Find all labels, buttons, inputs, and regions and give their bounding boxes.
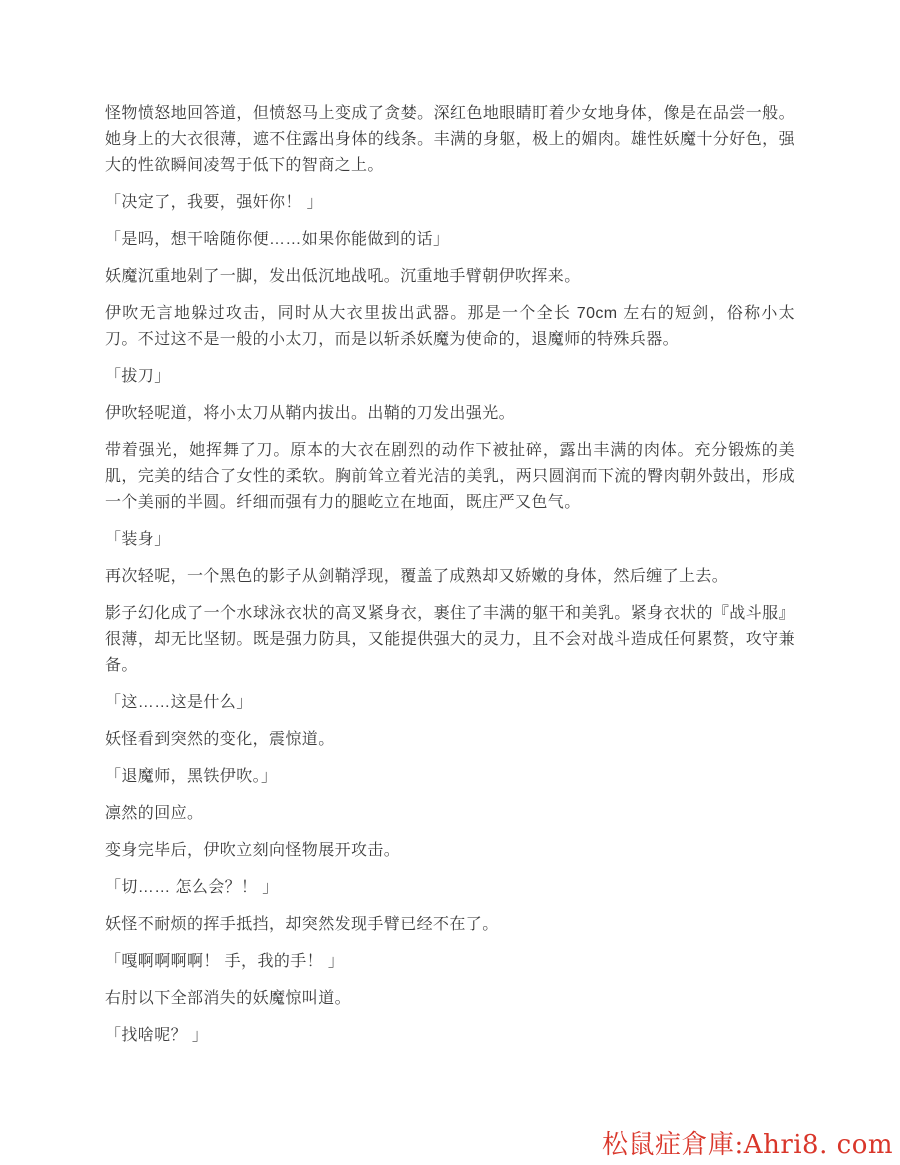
paragraph: 妖怪看到突然的变化，震惊道。	[105, 727, 795, 753]
paragraph: 「装身」	[105, 527, 795, 553]
paragraph: 怪物愤怒地回答道，但愤怒马上变成了贪婪。深红色地眼睛盯着少女地身体，像是在品尝一…	[105, 101, 795, 179]
paragraph: 伊吹无言地躲过攻击，同时从大衣里拔出武器。那是一个全长 70cm 左右的短剑，俗…	[105, 301, 795, 353]
site-watermark: 松鼠症倉庫:Ahri8. com	[602, 1130, 893, 1160]
paragraph: 影子幻化成了一个水球泳衣状的高叉紧身衣，裹住了丰满的躯干和美乳。紧身衣状的『战斗…	[105, 601, 795, 679]
novel-text-block: 怪物愤怒地回答道，但愤怒马上变成了贪婪。深红色地眼睛盯着少女地身体，像是在品尝一…	[105, 101, 795, 1060]
paragraph: 变身完毕后，伊吹立刻向怪物展开攻击。	[105, 838, 795, 864]
paragraph: 右肘以下全部消失的妖魔惊叫道。	[105, 986, 795, 1012]
paragraph: 妖魔沉重地剁了一脚，发出低沉地战吼。沉重地手臂朝伊吹挥来。	[105, 264, 795, 290]
paragraph: 带着强光，她挥舞了刀。原本的大衣在剧烈的动作下被扯碎，露出丰满的肉体。充分锻炼的…	[105, 438, 795, 516]
paragraph: 「切…… 怎么会？！ 」	[105, 875, 795, 901]
paragraph: 伊吹轻呢道，将小太刀从鞘内拔出。出鞘的刀发出强光。	[105, 401, 795, 427]
document-page: 怪物愤怒地回答道，但愤怒马上变成了贪婪。深红色地眼睛盯着少女地身体，像是在品尝一…	[0, 0, 900, 1165]
paragraph: 「拔刀」	[105, 364, 795, 390]
paragraph: 再次轻呢，一个黑色的影子从剑鞘浮现，覆盖了成熟却又娇嫩的身体，然后缠了上去。	[105, 564, 795, 590]
paragraph: 「找啥呢？ 」	[105, 1023, 795, 1049]
paragraph: 妖怪不耐烦的挥手抵挡，却突然发现手臂已经不在了。	[105, 912, 795, 938]
paragraph: 凛然的回应。	[105, 801, 795, 827]
paragraph: 「是吗，想干啥随你便……如果你能做到的话」	[105, 227, 795, 253]
paragraph: 「嘎啊啊啊啊！ 手，我的手！ 」	[105, 949, 795, 975]
paragraph: 「这……这是什么」	[105, 690, 795, 716]
paragraph: 「退魔师，黑铁伊吹。」	[105, 764, 795, 790]
paragraph: 「决定了，我要，强奸你！ 」	[105, 190, 795, 216]
